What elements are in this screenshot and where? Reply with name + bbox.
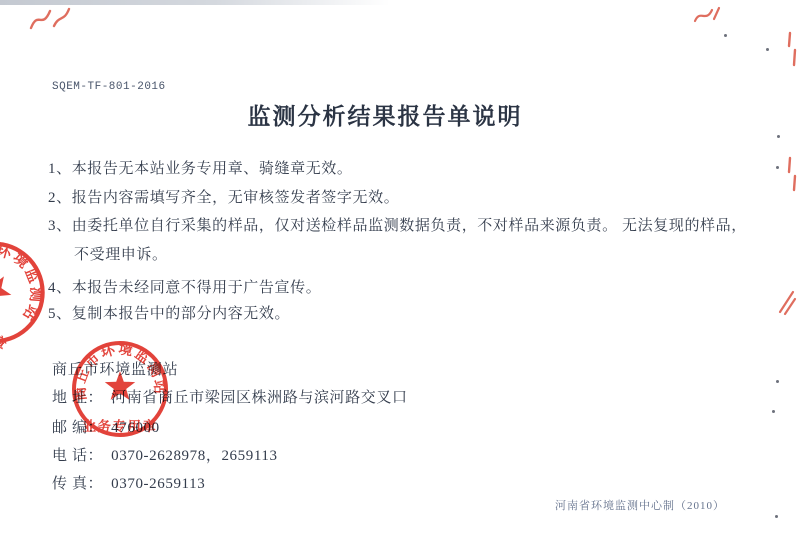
footer-note: 河南省环境监测中心制（2010） bbox=[555, 497, 725, 513]
item-text: 复制本报告中的部分内容无效。 bbox=[72, 306, 290, 322]
dust-speck bbox=[775, 515, 778, 518]
postcode-label: 邮 编： bbox=[52, 420, 103, 436]
contact-row-address: 地 址：河南省商丘市梁园区株洲路与滨河路交叉口 bbox=[52, 386, 408, 407]
postcode-value: 476000 bbox=[111, 420, 160, 436]
seal-bottom-text: 业务专用章 bbox=[0, 297, 11, 354]
list-item-3: 3、由委托单位自行采集的样品，仅对送检样品监测数据负责，不对样品来源负责。 无法… bbox=[48, 214, 747, 235]
item-text: 本报告无本站业务专用章、骑缝章无效。 bbox=[72, 161, 353, 177]
dust-speck bbox=[766, 48, 769, 51]
list-item-3-continuation: 不受理申诉。 bbox=[74, 243, 168, 264]
page-title: 监测分析结果报告单说明 bbox=[35, 98, 735, 131]
list-item-4: 4、本报告未经同意不得用于广告宣传。 bbox=[48, 276, 321, 297]
dust-speck bbox=[777, 135, 780, 138]
list-item-1: 1、本报告无本站业务专用章、骑缝章无效。 bbox=[48, 157, 353, 178]
address-value: 河南省商丘市梁园区株洲路与滨河路交叉口 bbox=[111, 390, 407, 406]
dust-speck bbox=[724, 34, 727, 37]
item-number: 2、 bbox=[48, 190, 72, 206]
item-text: 由委托单位自行采集的样品，仅对送检样品监测数据负责，不对样品来源负责。 无法复现… bbox=[72, 218, 747, 234]
red-edge-mark-2 bbox=[786, 155, 799, 193]
fax-label: 传 真： bbox=[52, 476, 103, 492]
dust-speck bbox=[772, 410, 775, 413]
list-item-2: 2、报告内容需填写齐全，无审核签发者签字无效。 bbox=[48, 186, 399, 207]
item-number: 5、 bbox=[48, 306, 72, 322]
list-item-5: 5、复制本报告中的部分内容无效。 bbox=[48, 302, 290, 323]
phone-value: 0370-2628978，2659113 bbox=[111, 448, 277, 464]
contact-row-postcode: 邮 编：476000 bbox=[52, 416, 160, 437]
document-code: SQEM-TF-801-2016 bbox=[52, 81, 166, 93]
seal-star-icon bbox=[0, 268, 18, 311]
item-text: 报告内容需填写齐全，无审核签发者签字无效。 bbox=[72, 190, 400, 206]
red-pen-mark-top-left bbox=[28, 3, 72, 37]
red-edge-mark-3 bbox=[777, 288, 798, 316]
item-number: 1、 bbox=[48, 161, 72, 177]
dust-speck bbox=[776, 166, 779, 169]
address-label: 地 址： bbox=[52, 390, 103, 406]
org-name: 商丘市环境监测站 bbox=[52, 358, 178, 379]
contact-row-phone: 电 话：0370-2628978，2659113 bbox=[52, 444, 278, 465]
scan-artifact-band bbox=[0, 0, 390, 5]
item-text: 不受理申诉。 bbox=[74, 247, 168, 263]
red-edge-mark-1 bbox=[786, 30, 799, 68]
contact-row-fax: 传 真：0370-2659113 bbox=[52, 472, 205, 493]
fax-value: 0370-2659113 bbox=[111, 476, 205, 492]
item-number: 4、 bbox=[48, 280, 72, 296]
red-pen-mark-top-right bbox=[692, 3, 722, 27]
dust-speck bbox=[776, 380, 779, 383]
document-page: SQEM-TF-801-2016 监测分析结果报告单说明 1、本报告无本站业务专… bbox=[0, 0, 800, 560]
item-number: 3、 bbox=[48, 218, 72, 234]
phone-label: 电 话： bbox=[52, 448, 103, 464]
item-text: 本报告未经同意不得用于广告宣传。 bbox=[72, 280, 322, 296]
